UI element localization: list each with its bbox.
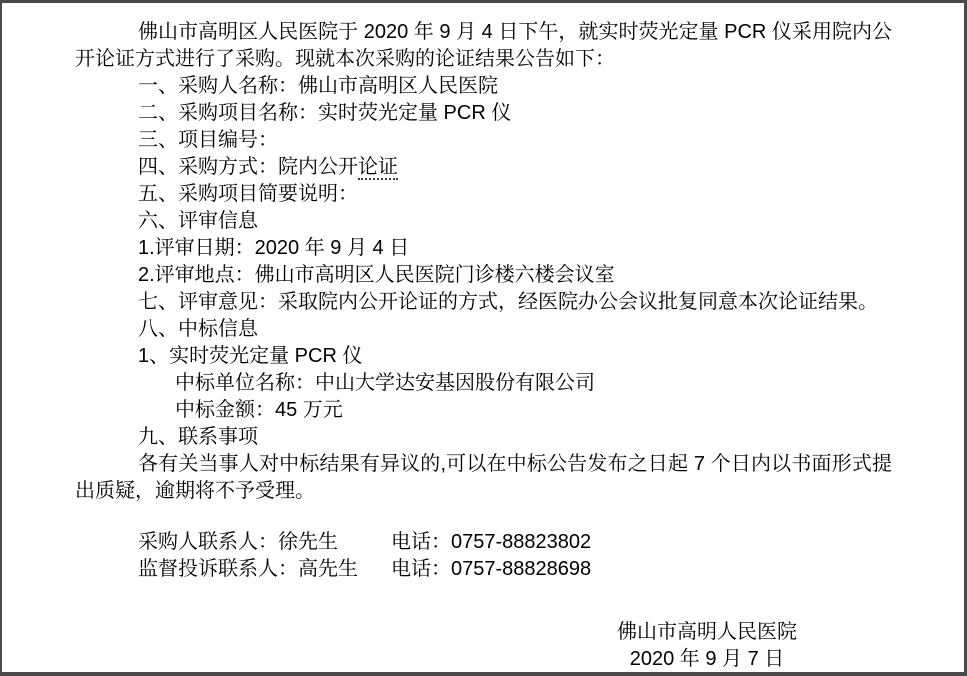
signature-org: 佛山市高明人民医院 — [617, 619, 797, 646]
purchaser-contact-name: 采购人联系人：徐先生 — [138, 529, 391, 556]
procurement-method-underlined-text: 论证 — [358, 156, 398, 180]
announcement-document: 佛山市高明区人民医院于 2020 年 9 月 4 日下午，就实时荧光定量 PCR… — [0, 0, 967, 676]
signature-block: 佛山市高明人民医院 2020 年 9 月 7 日 — [617, 619, 797, 673]
award-item-line: 1、实时荧光定量 PCR 仪 — [75, 343, 892, 370]
signature-date: 2020 年 9 月 7 日 — [617, 646, 797, 673]
item-project-number: 三、项目编号： — [75, 127, 892, 154]
review-date-line: 1.评审日期：2020 年 9 月 4 日 — [75, 235, 892, 262]
blank-line — [75, 505, 892, 529]
item-award-info-header: 八、中标信息 — [75, 316, 892, 343]
blank-line — [75, 583, 892, 619]
procurement-method-text: 四、采购方式：院内公开 — [138, 156, 358, 178]
purchaser-contact-row: 采购人联系人：徐先生电话：0757-88823802 — [75, 529, 892, 556]
item-review-opinion: 七、评审意见：采取院内公开论证的方式，经医院办公会议批复同意本次论证结果。 — [75, 289, 892, 316]
item-purchaser: 一、采购人名称：佛山市高明区人民医院 — [75, 73, 892, 100]
review-location-line: 2.评审地点：佛山市高明区人民医院门诊楼六楼会议室 — [75, 262, 892, 289]
item-project-name: 二、采购项目名称：实时荧光定量 PCR 仪 — [75, 100, 892, 127]
purchaser-contact-phone: 电话：0757-88823802 — [391, 531, 591, 553]
award-company-line: 中标单位名称：中山大学达安基因股份有限公司 — [75, 370, 892, 397]
supervision-contact-name: 监督投诉联系人：高先生 — [138, 556, 391, 583]
intro-paragraph: 佛山市高明区人民医院于 2020 年 9 月 4 日下午，就实时荧光定量 PCR… — [75, 19, 892, 73]
item-project-description: 五、采购项目简要说明： — [75, 181, 892, 208]
objection-note: 各有关当事人对中标结果有异议的,可以在中标公告发布之日起 7 个日内以书面形式提… — [75, 451, 892, 505]
supervision-contact-phone: 电话：0757-88828698 — [391, 558, 591, 580]
award-amount-line: 中标金额：45 万元 — [75, 397, 892, 424]
item-procurement-method: 四、采购方式：院内公开论证 — [75, 154, 892, 181]
supervision-contact-row: 监督投诉联系人：高先生电话：0757-88828698 — [75, 556, 892, 583]
item-contact-matters-header: 九、联系事项 — [75, 424, 892, 451]
item-review-info-header: 六、评审信息 — [75, 208, 892, 235]
